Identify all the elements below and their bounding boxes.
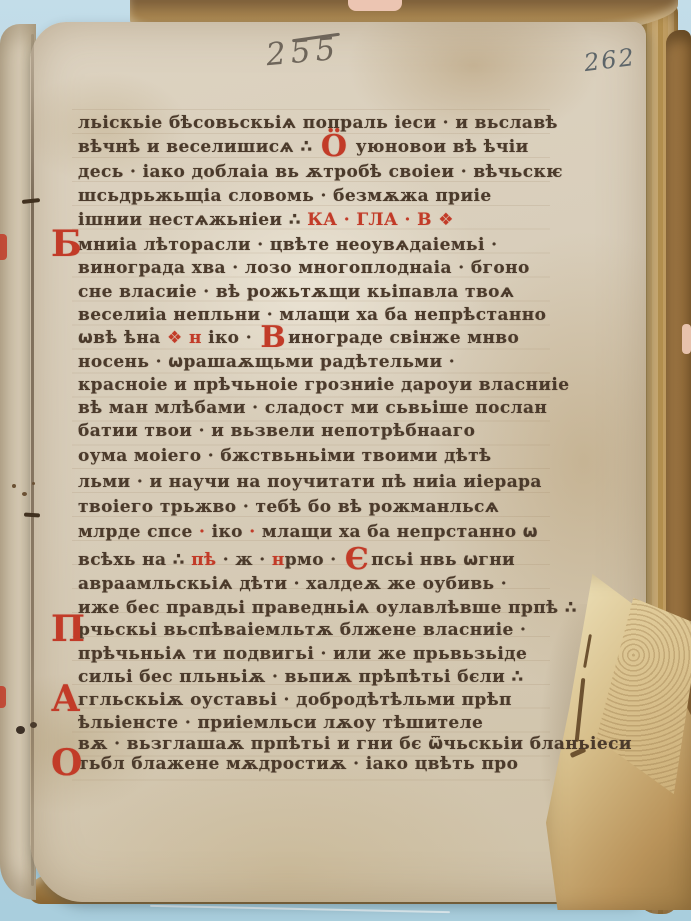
ink-speck — [32, 482, 35, 485]
text-line: иже бес правдьі праведньіѧ оулавлѣвше пр… — [78, 597, 577, 620]
text-line: вѣ ман млѣбами · сладост ми сьвьіше посл… — [78, 397, 547, 420]
rubric-initial: Є — [345, 551, 369, 569]
table-highlight-line — [150, 905, 450, 913]
text-segment: оума моіего · бжствьньіми твоими дѣтѣ — [78, 446, 491, 466]
text-segment: носень · ѡрашаѫщьми радѣтельми · — [78, 352, 455, 372]
text-line: Прчьскьі вьспѣваіемльтѫ блжене власниіе … — [78, 619, 526, 642]
text-segment: псьі нвь ѡгни — [371, 550, 515, 570]
text-line: винограда хва · лозо многоплоднаіа · бго… — [78, 257, 530, 280]
text-segment: иже бес правдьі праведньіѧ оулавлѣвше пр… — [78, 598, 577, 618]
text-segment: красноіе и прѣчьноіе грозниіе дароуи вла… — [78, 375, 569, 395]
text-line: ѡвѣ ѣна ❖ н іко · Винограде свінже мнво — [78, 327, 519, 350]
text-segment: веселиіа непльни · млащи ха ба непрѣстан… — [78, 305, 546, 325]
text-segment: шсьдрьжьщіа словомь · безмѫжа приіе — [78, 186, 492, 206]
text-segment: млрде спсе — [78, 522, 199, 542]
pink-fragment-right — [682, 324, 691, 354]
text-line: десь · іако доблаіа вь ѫтробѣ своіеи · в… — [78, 161, 563, 184]
text-segment: льіскьіе бѣсовьскьіѧ попраль іеси · и вь… — [78, 113, 558, 133]
text-line: батии твои · и вьзвели непотрѣбнааго — [78, 420, 475, 443]
rubric-margin-initial: Б — [51, 229, 82, 259]
rubric-segment: ❖ н — [167, 328, 202, 348]
text-segment: сильі бес пльньіѫ · вьпиѫ прѣпѣтьі бєли … — [78, 667, 524, 687]
text-segment: вѣ ман млѣбами · сладост ми сьвьіше посл… — [78, 398, 547, 418]
ink-speck — [22, 492, 27, 496]
gutter-crease — [31, 34, 34, 886]
text-line: прѣчьньіѧ ти подвигьі · или же прьвьзьід… — [78, 643, 527, 666]
text-block: льіскьіе бѣсовьскьіѧ попраль іеси · и вь… — [78, 112, 578, 812]
text-line: оума моіего · бжствьньіми твоими дѣтѣ — [78, 445, 491, 468]
text-segment: всѣхь на ∴ — [78, 550, 191, 570]
ink-specks — [10, 480, 44, 504]
text-line: ішнии нестѧжьніеи ∴ КА · ГЛА · В ❖ — [78, 209, 454, 232]
text-segment: льми · и научи на поучитати пѣ ниіа иіер… — [78, 472, 542, 492]
text-segment: ѣльіенсте · приіемльси лѫоу тѣшителе — [78, 713, 483, 733]
text-segment: · ж · — [216, 550, 271, 570]
red-ink-bleed — [0, 686, 6, 708]
text-segment: твоіего трьжво · тебѣ бо вѣ рожманльсѧ — [78, 497, 499, 517]
rubric-margin-initial: А — [51, 684, 81, 714]
text-segment: ѡвѣ ѣна — [78, 328, 167, 348]
text-segment: батии твои · и вьзвели непотрѣбнааго — [78, 421, 475, 441]
text-segment: млащи ха ба непрстанно ѡ — [256, 522, 538, 542]
text-line: сильі бес пльньіѫ · вьпиѫ прѣпѣтьі бєли … — [78, 666, 524, 689]
text-line: шсьдрьжьщіа словомь · безмѫжа приіе — [78, 185, 492, 208]
rubric-segment: пѣ — [191, 550, 216, 570]
text-line: сне власиіе · вѣ рожьтѫщи кьіпавла твоѧ — [78, 281, 514, 304]
ink-speck — [12, 484, 16, 488]
text-segment: мниіа лѣторасли · цвѣте неоувѧдаіемьі · — [78, 235, 497, 255]
text-line: вѣчнѣ и веселишисѧ ∴ Ӧ уюновои вѣ ѣчіи — [78, 136, 529, 159]
rubric-initial: Ӧ — [321, 138, 348, 156]
text-line: носень · ѡрашаѫщьми радѣтельми · — [78, 351, 455, 374]
text-line: Отьбл блажене мѫдростиѫ · іако цвѣть про — [78, 753, 518, 776]
text-line: красноіе и прѣчьноіе грозниіе дароуи вла… — [78, 374, 569, 397]
red-ink-bleed — [0, 234, 7, 260]
text-line: льіскьіе бѣсовьскьіѧ попраль іеси · и вь… — [78, 112, 558, 135]
text-segment: ггльскьіѫ оуставьі · добродѣтѣльми прѣп — [78, 690, 512, 710]
text-segment: іко — [205, 522, 249, 542]
manuscript-photo: 255 262 льіскьіе бѣсовьскьіѧ попраль іес… — [0, 0, 691, 921]
text-line: всѣхь на ∴ пѣ · ж · нрмо · Єпсьі нвь ѡгн… — [78, 549, 515, 572]
text-segment: инограде свінже мнво — [288, 328, 519, 348]
text-line: Бмниіа лѣторасли · цвѣте неоувѧдаіемьі · — [78, 234, 497, 257]
text-segment: рмо · — [285, 550, 343, 570]
text-line: льми · и научи на поучитати пѣ ниіа иіер… — [78, 471, 542, 494]
rubric-margin-initial: П — [51, 614, 85, 644]
text-segment: уюновои вѣ ѣчіи — [349, 137, 528, 157]
text-line: твоіего трьжво · тебѣ бо вѣ рожманльсѧ — [78, 496, 499, 519]
text-segment: вѫ · вьзглашаѫ прпѣтьі и гни бє ѿчьскьіи… — [78, 734, 632, 754]
text-segment: вѣчнѣ и веселишисѧ ∴ — [78, 137, 319, 157]
rubric-initial: В — [260, 329, 286, 347]
rubric-segment: н — [272, 550, 285, 570]
pink-fragment-top — [348, 0, 402, 11]
text-segment: іко · — [202, 328, 259, 348]
text-segment: сне власиіе · вѣ рожьтѫщи кьіпавла твоѧ — [78, 282, 514, 302]
text-segment: авраамльскьіѧ дѣти · халдеѫ же оубивь · — [78, 574, 507, 594]
dark-spot — [30, 722, 37, 728]
text-segment: ішнии нестѧжьніеи ∴ — [78, 210, 307, 230]
text-line: Аггльскьіѫ оуставьі · добродѣтѣльми прѣп — [78, 689, 512, 712]
rubric-margin-initial: О — [51, 748, 83, 778]
dark-spots — [16, 722, 46, 742]
text-line: ѣльіенсте · приіемльси лѫоу тѣшителе — [78, 712, 483, 735]
text-line: веселиіа непльни · млащи ха ба непрѣстан… — [78, 304, 546, 327]
text-segment: винограда хва · лозо многоплоднаіа · бго… — [78, 258, 530, 278]
text-segment: прѣчьньіѧ ти подвигьі · или же прьвьзьід… — [78, 644, 527, 664]
dark-spot — [16, 726, 25, 734]
rubric-segment: КА · ГЛА · В ❖ — [307, 210, 454, 230]
text-segment: десь · іако доблаіа вь ѫтробѣ своіеи · в… — [78, 162, 563, 182]
text-line: авраамльскьіѧ дѣти · халдеѫ же оубивь · — [78, 573, 507, 596]
text-line: млрде спсе · іко · млащи ха ба непрстанн… — [78, 521, 538, 544]
text-segment: тьбл блажене мѫдростиѫ · іако цвѣть про — [78, 754, 518, 774]
text-segment: рчьскьі вьспѣваіемльтѫ блжене власниіе · — [78, 620, 526, 640]
